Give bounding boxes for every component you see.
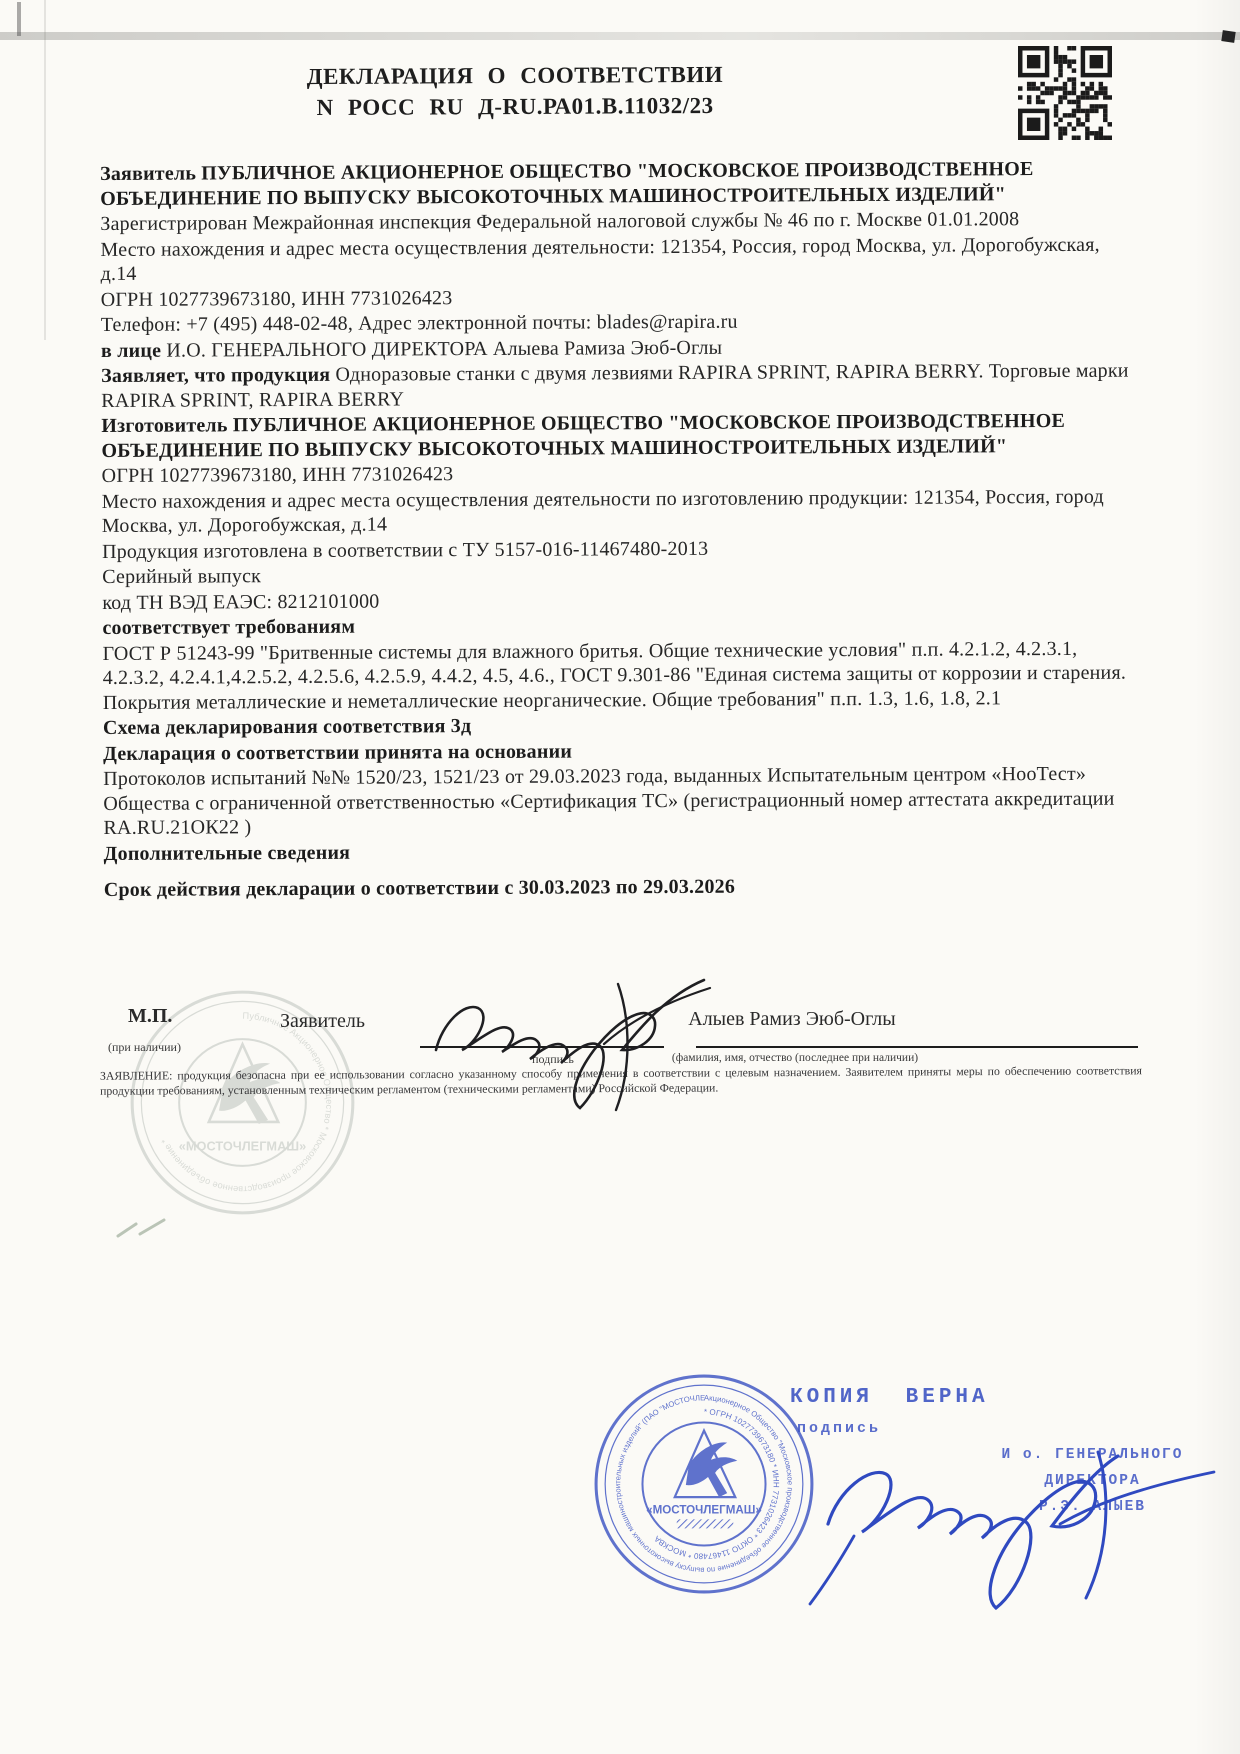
paragraph: Изготовитель ПУБЛИЧНОЕ АКЦИОНЕРНОЕ ОБЩЕС… (101, 409, 1139, 463)
paragraph: Место нахождения и адрес места осуществл… (100, 232, 1138, 286)
handwritten-signature-black (408, 958, 738, 1118)
faint-round-seal: Публичное Акционерное Общество * Московс… (125, 985, 360, 1220)
paragraph: ГОСТ Р 51243-99 "Бритвенные системы для … (103, 636, 1141, 715)
faint-seal-ring-text: Публичное Акционерное Общество * Московс… (159, 1011, 334, 1195)
title-line-2: N РОСС RU Д-RU.РА01.В.11032/23 (0, 88, 1030, 124)
handwritten-signature-blue (798, 1428, 1228, 1618)
scan-corner-mark (17, 2, 21, 36)
document-title: ДЕКЛАРАЦИЯ О СООТВЕТСТВИИ N РОСС RU Д-RU… (0, 57, 1030, 124)
paragraph: Заявитель ПУБЛИЧНОЕ АКЦИОНЕРНОЕ ОБЩЕСТВО… (100, 157, 1138, 211)
paragraph: Место нахождения и адрес места осуществл… (102, 484, 1140, 538)
copy-verna-stamp: КОПИЯ ВЕРНА (790, 1386, 989, 1409)
document-body: Заявитель ПУБЛИЧНОЕ АКЦИОНЕРНОЕ ОБЩЕСТВО… (100, 157, 1142, 904)
paragraph: Протоколов испытаний №№ 1520/23, 1521/23… (103, 762, 1141, 841)
paragraph: Дополнительные сведения (104, 836, 1142, 866)
scanned-declaration-page: ДЕКЛАРАЦИЯ О СООТВЕТСТВИИ N РОСС RU Д-RU… (0, 0, 1240, 1754)
scan-streak-artifact (0, 32, 1240, 40)
company-round-seal: Акционерное Общество "Московское произво… (588, 1368, 820, 1600)
seal-hatch-band (677, 1519, 733, 1528)
faint-seal-center-text: «МОСТОЧЛЕГМАШ» (179, 1139, 306, 1154)
name-line (696, 1046, 1138, 1048)
pencil-check-marks (110, 1206, 190, 1251)
paragraph: Срок действия декларации о соответствии … (104, 873, 1142, 903)
qr-code (1018, 46, 1112, 140)
seal-center-pao: ПАО (690, 1457, 719, 1472)
scan-line-artifact (44, 0, 46, 340)
paragraph: Заявляет, что продукция Одноразовые стан… (101, 359, 1139, 413)
svg-text:Публичное Акционерное Общество: Публичное Акционерное Общество * Московс… (159, 1011, 334, 1195)
scan-ink-blob (1221, 30, 1235, 43)
seal-center-name: «МОСТОЧЛЕГМАШ» (646, 1503, 762, 1516)
